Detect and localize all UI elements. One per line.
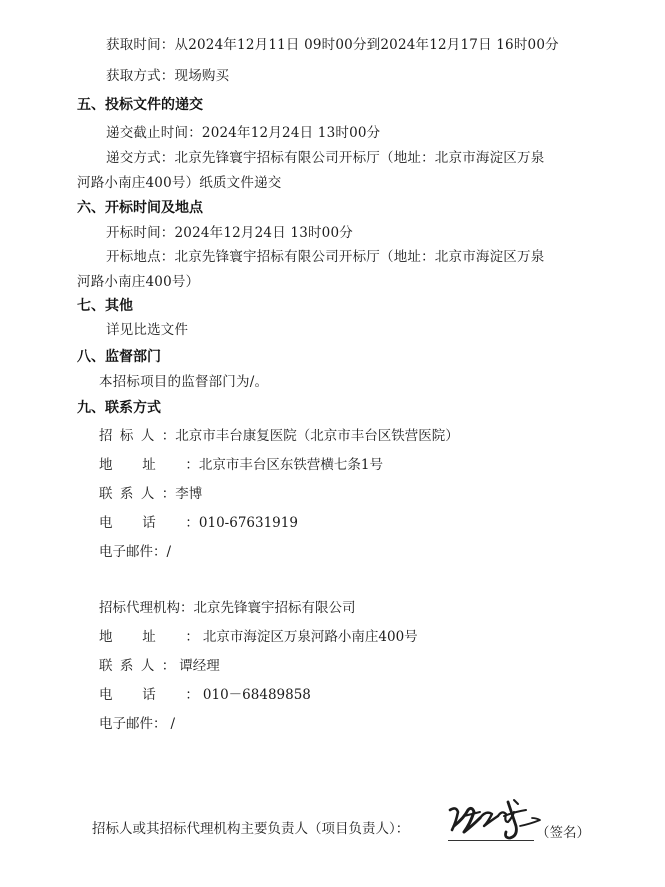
colon: ： [162,658,176,674]
agency-email-row: 电子邮件：/ [99,715,175,733]
agency-contact-label: 联系人 [99,657,162,675]
agency-phone-label: 电话 [99,686,185,704]
tenderer-phone-value: 010-67631919 [199,515,298,531]
section-5-heading: 五、投标文件的递交 [77,96,203,114]
handwritten-signature-icon [446,796,546,844]
tenderer-name-value: 北京市丰台康复医院（北京市丰台区铁营医院） [175,428,459,444]
agency-email-label: 电子邮件 [99,715,153,733]
agency-email-value: / [171,716,176,732]
agency-contact-value: 谭经理 [179,658,220,674]
tenderer-name-row: 招标人：北京市丰台康复医院（北京市丰台区铁营医院） [99,427,459,445]
tenderer-email-label: 电子邮件 [99,543,153,561]
submission-method-line2: 河路小南庄400号）纸质文件递交 [77,174,281,192]
tenderer-contact-value: 李博 [175,486,202,502]
submission-deadline-text: 递交截止时间：2024年12月24日 13时00分 [106,124,380,142]
agency-name-row: 招标代理机构：北京先锋寰宇招标有限公司 [99,599,356,617]
tenderer-address-label: 地址 [99,456,185,474]
colon: ： [162,428,176,444]
colon: ： [153,716,167,732]
opening-place-line1: 开标地点：北京先锋寰宇招标有限公司开标厅（地址：北京市海淀区万泉 [106,248,544,266]
colon: ： [185,457,199,473]
agency-name-value: 北京先锋寰宇招标有限公司 [194,600,356,616]
colon: ： [180,600,194,616]
obtain-method-text: 获取方式：现场购买 [106,67,229,85]
agency-address-label: 地址 [99,628,185,646]
colon: ： [185,687,199,703]
agency-address-row: 地址：北京市海淀区万泉河路小南庄400号 [99,628,418,646]
section-6-heading: 六、开标时间及地点 [77,199,203,217]
agency-phone-value: 010－68489858 [203,687,311,703]
section-8-heading: 八、监督部门 [77,348,161,366]
opening-place-line2: 河路小南庄400号） [77,273,199,291]
submission-method-line1: 递交方式：北京先锋寰宇招标有限公司开标厅（地址：北京市海淀区万泉 [106,149,544,167]
other-content-text: 详见比选文件 [106,321,188,339]
tenderer-contact-row: 联系人：李博 [99,485,202,503]
opening-time-text: 开标时间：2024年12月24日 13时00分 [106,224,353,242]
agency-contact-row: 联系人：谭经理 [99,657,220,675]
tenderer-contact-label: 联系人 [99,485,162,503]
colon: ： [185,629,199,645]
section-7-heading: 七、其他 [77,297,133,315]
tenderer-name-label: 招标人 [99,427,162,445]
colon: ： [153,544,167,560]
obtain-time-text: 获取时间：从2024年12月11日 09时00分到2024年12月17日 16时… [106,36,559,54]
tenderer-email-value: / [167,544,172,560]
agency-phone-row: 电话：010－68489858 [99,686,311,704]
tenderer-email-row: 电子邮件：/ [99,543,171,561]
colon: ： [162,486,176,502]
signature-underline [448,840,534,841]
supervision-content-text: 本招标项目的监督部门为/。 [99,373,268,391]
section-9-heading: 九、联系方式 [77,399,161,417]
tenderer-address-value: 北京市丰台区东铁营横七条1号 [199,457,383,473]
colon: ： [185,515,199,531]
tenderer-address-row: 地址：北京市丰台区东铁营横七条1号 [99,456,383,474]
tenderer-phone-row: 电话：010-67631919 [99,514,298,532]
tenderer-phone-label: 电话 [99,514,185,532]
agency-name-label: 招标代理机构 [99,599,180,617]
signature-label: 招标人或其招标代理机构主要负责人（项目负责人）： [92,820,409,838]
agency-address-value: 北京市海淀区万泉河路小南庄400号 [203,629,418,645]
signature-suffix: （签名） [536,824,590,842]
